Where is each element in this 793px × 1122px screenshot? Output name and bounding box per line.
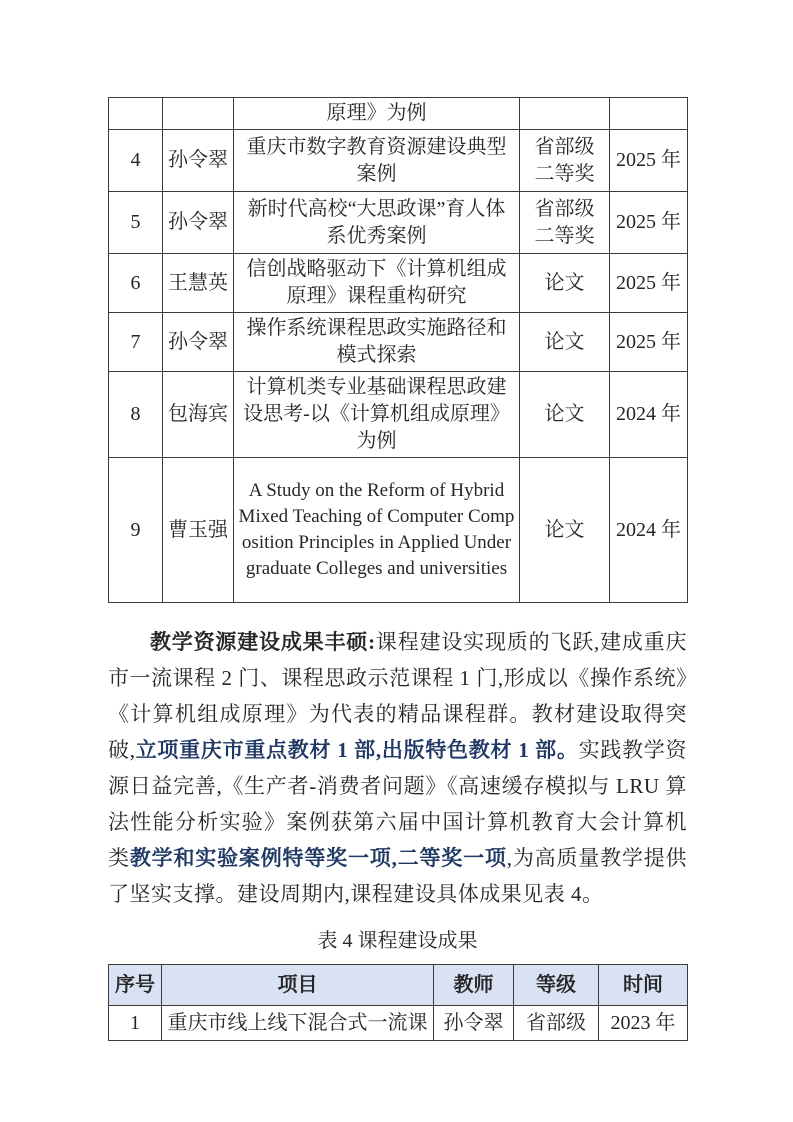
table-row: 6 王慧英 信创战略驱动下《计算机组成原理》课程重构研究 论文 2025 年 bbox=[109, 254, 688, 313]
paragraph-lead: 教学资源建设成果丰硕: bbox=[150, 630, 376, 654]
table-row: 9 曹玉强 A Study on the Reform of Hybrid Mi… bbox=[109, 458, 688, 603]
cell-num: 8 bbox=[109, 372, 163, 458]
cell-num: 5 bbox=[109, 192, 163, 254]
cell-type: 省部级 二等奖 bbox=[520, 130, 610, 192]
cell-year: 2023 年 bbox=[599, 1006, 688, 1041]
cell-project: 新时代高校“大思政课”育人体系优秀案例 bbox=[234, 192, 520, 254]
cell-teacher: 孙令翠 bbox=[434, 1006, 514, 1041]
cell-num: 1 bbox=[109, 1006, 162, 1041]
cell-name: 孙令翠 bbox=[163, 130, 234, 192]
cell-type: 论文 bbox=[520, 458, 610, 603]
cell-name: 孙令翠 bbox=[163, 313, 234, 372]
header-teacher: 教师 bbox=[434, 965, 514, 1006]
paragraph-highlight: 教学和实验案例特等奖一项,二等奖一项 bbox=[130, 846, 507, 870]
cell-type bbox=[520, 98, 610, 130]
cell-project: 重庆市数字教育资源建设典型案例 bbox=[234, 130, 520, 192]
table-row: 4 孙令翠 重庆市数字教育资源建设典型案例 省部级 二等奖 2025 年 bbox=[109, 130, 688, 192]
cell-num: 6 bbox=[109, 254, 163, 313]
header-num: 序号 bbox=[109, 965, 162, 1006]
achievements-table: 原理》为例 4 孙令翠 重庆市数字教育资源建设典型案例 省部级 二等奖 2025… bbox=[108, 97, 688, 603]
table-row: 1 重庆市线上线下混合式一流课 孙令翠 省部级 2023 年 bbox=[109, 1006, 688, 1041]
body-paragraph: 教学资源建设成果丰硕:课程建设实现质的飞跃,建成重庆市一流课程 2 门、课程思政… bbox=[108, 624, 687, 912]
header-time: 时间 bbox=[599, 965, 688, 1006]
cell-num: 7 bbox=[109, 313, 163, 372]
paragraph-highlight: 立项重庆市重点教材 1 部,出版特色教材 1 部。 bbox=[135, 738, 578, 762]
cell-name bbox=[163, 98, 234, 130]
cell-project: 信创战略驱动下《计算机组成原理》课程重构研究 bbox=[234, 254, 520, 313]
table4-caption: 表 4 课程建设成果 bbox=[108, 926, 687, 956]
cell-year: 2024 年 bbox=[610, 458, 688, 603]
cell-year: 2025 年 bbox=[610, 254, 688, 313]
cell-type: 论文 bbox=[520, 372, 610, 458]
page-content: 原理》为例 4 孙令翠 重庆市数字教育资源建设典型案例 省部级 二等奖 2025… bbox=[108, 97, 687, 1041]
cell-num bbox=[109, 98, 163, 130]
cell-year: 2025 年 bbox=[610, 130, 688, 192]
cell-level: 省部级 bbox=[514, 1006, 599, 1041]
cell-type: 省部级 二等奖 bbox=[520, 192, 610, 254]
cell-project: 重庆市线上线下混合式一流课 bbox=[162, 1006, 434, 1041]
cell-name: 包海宾 bbox=[163, 372, 234, 458]
cell-year bbox=[610, 98, 688, 130]
document-page: 原理》为例 4 孙令翠 重庆市数字教育资源建设典型案例 省部级 二等奖 2025… bbox=[0, 0, 793, 1122]
table-row: 8 包海宾 计算机类专业基础课程思政建设思考-以《计算机组成原理》为例 论文 2… bbox=[109, 372, 688, 458]
cell-project: 原理》为例 bbox=[234, 98, 520, 130]
cell-name: 孙令翠 bbox=[163, 192, 234, 254]
table-header-row: 序号 项目 教师 等级 时间 bbox=[109, 965, 688, 1006]
cell-name: 曹玉强 bbox=[163, 458, 234, 603]
cell-project: A Study on the Reform of Hybrid Mixed Te… bbox=[234, 458, 520, 603]
cell-type: 论文 bbox=[520, 254, 610, 313]
header-project: 项目 bbox=[162, 965, 434, 1006]
cell-year: 2024 年 bbox=[610, 372, 688, 458]
table-row: 7 孙令翠 操作系统课程思政实施路径和模式探索 论文 2025 年 bbox=[109, 313, 688, 372]
cell-name: 王慧英 bbox=[163, 254, 234, 313]
course-results-table: 序号 项目 教师 等级 时间 1 重庆市线上线下混合式一流课 孙令翠 省部级 2… bbox=[108, 964, 688, 1041]
cell-type: 论文 bbox=[520, 313, 610, 372]
cell-project: 操作系统课程思政实施路径和模式探索 bbox=[234, 313, 520, 372]
cell-year: 2025 年 bbox=[610, 192, 688, 254]
cell-num: 4 bbox=[109, 130, 163, 192]
header-level: 等级 bbox=[514, 965, 599, 1006]
cell-project: 计算机类专业基础课程思政建设思考-以《计算机组成原理》为例 bbox=[234, 372, 520, 458]
cell-year: 2025 年 bbox=[610, 313, 688, 372]
table-row: 5 孙令翠 新时代高校“大思政课”育人体系优秀案例 省部级 二等奖 2025 年 bbox=[109, 192, 688, 254]
cell-num: 9 bbox=[109, 458, 163, 603]
table-row-continuation: 原理》为例 bbox=[109, 98, 688, 130]
